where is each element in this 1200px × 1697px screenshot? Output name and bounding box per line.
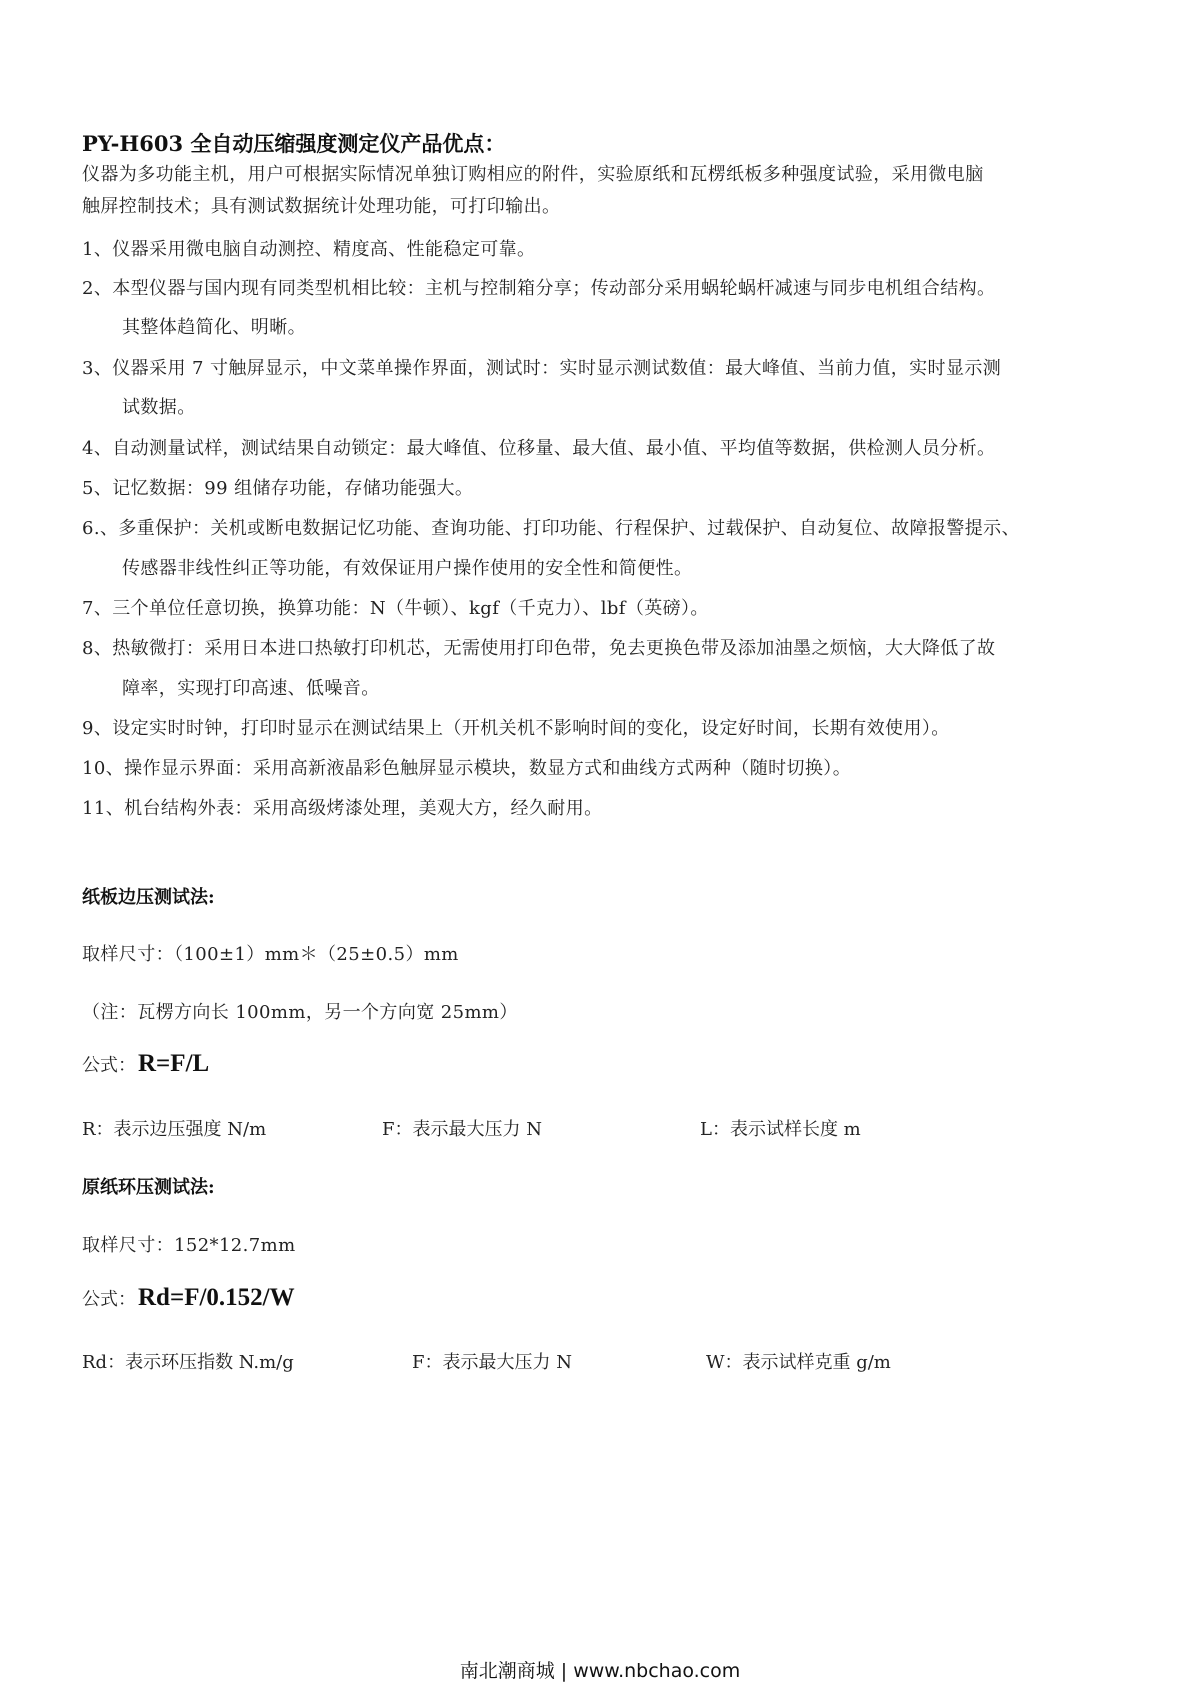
edge-crush-def-r: R：表示边压强度 N/m — [82, 1115, 266, 1141]
ring-crush-def-f: F：表示最大压力 N — [412, 1348, 572, 1374]
feature-9: 9、设定实时时钟，打印时显示在测试结果上（开机关机不影响时间的变化，设定好时间，… — [82, 714, 950, 740]
formula-value: Rd=F/0.152/W — [138, 1284, 295, 1311]
intro-line-2: 触屏控制技术；具有测试数据统计处理功能，可打印输出。 — [82, 192, 560, 218]
feature-4: 4、自动测量试样，测试结果自动锁定：最大峰值、位移量、最大值、最小值、平均值等数… — [82, 434, 995, 460]
document-title: PY-H603 全自动压缩强度测定仪产品优点： — [82, 128, 505, 158]
feature-2: 2、本型仪器与国内现有同类型机相比较：主机与控制箱分享；传动部分采用蜗轮蜗杆减速… — [82, 274, 995, 300]
feature-8: 8、热敏微打：采用日本进口热敏打印机芯，无需使用打印色带，免去更换色带及添加油墨… — [82, 634, 995, 660]
ring-crush-def-w: W：表示试样克重 g/m — [706, 1348, 891, 1374]
formula-value: R=F/L — [138, 1050, 209, 1077]
feature-8-cont: 障率，实现打印高速、低噪音。 — [122, 674, 380, 700]
edge-crush-heading: 纸板边压测试法: — [82, 883, 215, 909]
edge-crush-sample-size: 取样尺寸：（100±1）mm＊（25±0.5）mm — [82, 940, 459, 966]
feature-7: 7、三个单位任意切换，换算功能：N（牛顿）、kgf（千克力）、lbf（英磅）。 — [82, 594, 709, 620]
ring-crush-formula: 公式：Rd=F/0.152/W — [82, 1284, 295, 1312]
feature-3-cont: 试数据。 — [122, 393, 196, 419]
feature-5: 5、记忆数据：99 组储存功能，存储功能强大。 — [82, 474, 473, 500]
ring-crush-def-rd: Rd：表示环压指数 N.m/g — [82, 1348, 294, 1374]
edge-crush-def-l: L：表示试样长度 m — [700, 1115, 861, 1141]
feature-3: 3、仪器采用 7 寸触屏显示，中文菜单操作界面，测试时：实时显示测试数值：最大峰… — [82, 354, 1001, 380]
formula-label: 公式： — [82, 1055, 136, 1076]
document-page: PY-H603 全自动压缩强度测定仪产品优点： 仪器为多功能主机，用户可根据实际… — [0, 0, 1200, 1697]
feature-1: 1、仪器采用微电脑自动测控、精度高、性能稳定可靠。 — [82, 235, 535, 261]
footer-watermark: 南北潮商城 | www.nbchao.com — [0, 1656, 1200, 1683]
intro-line-1: 仪器为多功能主机，用户可根据实际情况单独订购相应的附件，实验原纸和瓦楞纸板多种强… — [82, 160, 984, 186]
ring-crush-sample-size: 取样尺寸：152*12.7mm — [82, 1231, 296, 1257]
feature-10: 10、操作显示界面：采用高新液晶彩色触屏显示模块，数显方式和曲线方式两种（随时切… — [82, 754, 851, 780]
feature-6: 6.、多重保护：关机或断电数据记忆功能、查询功能、打印功能、行程保护、过载保护、… — [82, 514, 1020, 540]
edge-crush-def-f: F：表示最大压力 N — [382, 1115, 542, 1141]
edge-crush-formula: 公式：R=F/L — [82, 1050, 209, 1078]
feature-6-cont: 传感器非线性纠正等功能，有效保证用户操作使用的安全性和简便性。 — [122, 554, 692, 580]
feature-2-cont: 其整体趋简化、明晰。 — [122, 313, 306, 339]
ring-crush-heading: 原纸环压测试法: — [82, 1173, 215, 1199]
edge-crush-note: （注：瓦楞方向长 100mm，另一个方向宽 25mm） — [82, 998, 518, 1024]
feature-11: 11、机台结构外表：采用高级烤漆处理，美观大方，经久耐用。 — [82, 794, 603, 820]
formula-label: 公式： — [82, 1289, 136, 1310]
